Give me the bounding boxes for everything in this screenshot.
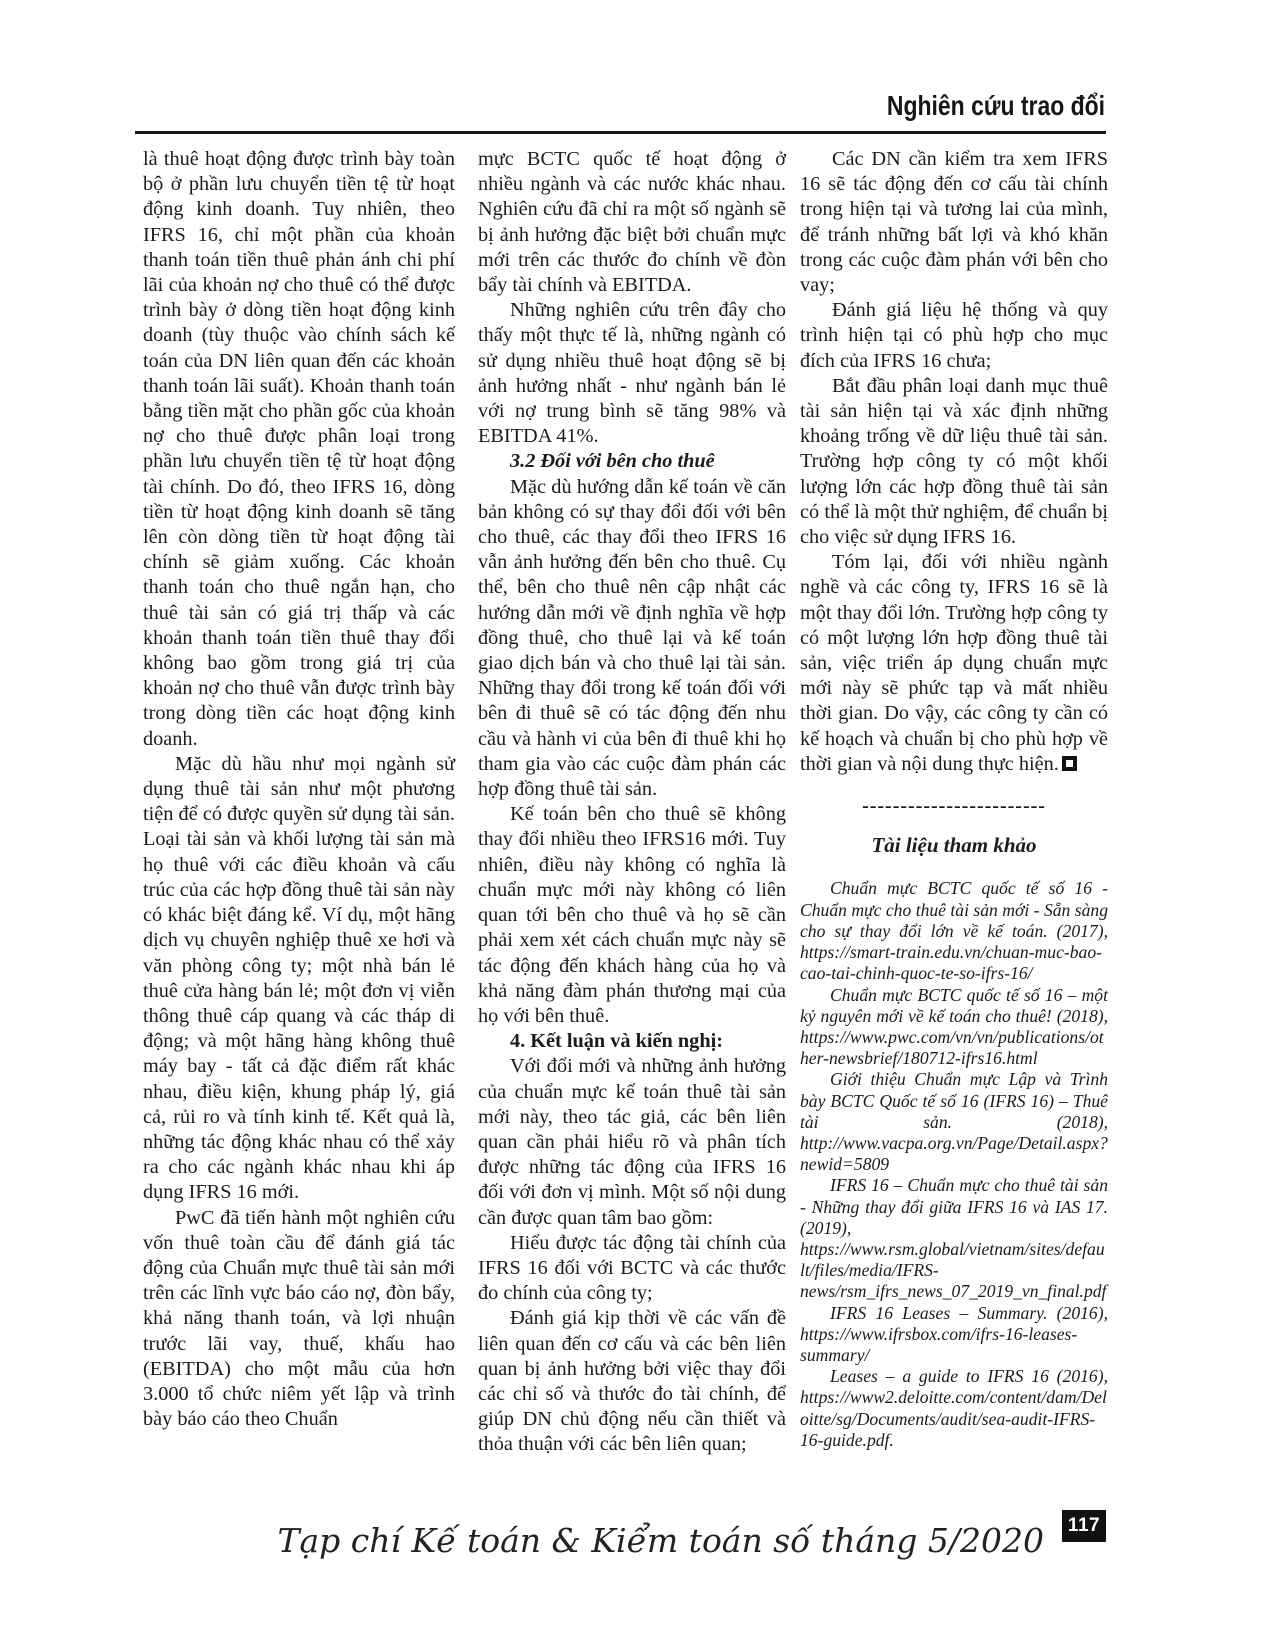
paragraph: Mặc dù hướng dẫn kế toán về căn bản khôn… (478, 475, 786, 803)
section-header-label: Nghiên cứu trao đổi (887, 90, 1105, 122)
paragraph: Tóm lại, đối với nhiều ngành nghề và các… (800, 550, 1108, 777)
page-number-badge: 117 (1062, 1510, 1106, 1542)
paragraph: Kế toán bên cho thuê sẽ không thay đổi n… (478, 802, 786, 1029)
text-column-1: là thuê hoạt động được trình bày toàn bộ… (143, 147, 455, 1432)
section-heading-3-2: 3.2 Đối với bên cho thuê (478, 449, 786, 474)
paragraph: Bắt đầu phân loại danh mục thuê tài sản … (800, 374, 1108, 550)
paragraph: Đánh giá kịp thời về các vấn đề liên qua… (478, 1306, 786, 1457)
references-list: Chuẩn mực BCTC quốc tế số 16 - Chuẩn mực… (800, 878, 1108, 1450)
paragraph: mực BCTC quốc tế hoạt động ở nhiều ngành… (478, 147, 786, 298)
text-column-3: Các DN cần kiểm tra xem IFRS 16 sẽ tác đ… (800, 147, 1108, 1451)
reference-item: Giới thiệu Chuẩn mực Lập và Trình bày BC… (800, 1069, 1108, 1175)
section-heading-4: 4. Kết luận và kiến nghị: (478, 1029, 786, 1054)
reference-item: IFRS 16 Leases – Summary. (2016), https:… (800, 1303, 1108, 1367)
paragraph: là thuê hoạt động được trình bày toàn bộ… (143, 147, 455, 752)
references-title: Tài liệu tham khảo (800, 833, 1108, 858)
dashed-separator: ------------------------ (800, 794, 1108, 819)
reference-item: IFRS 16 – Chuẩn mực cho thuê tài sản - N… (800, 1175, 1108, 1302)
paragraph: Đánh giá liệu hệ thống và quy trình hiện… (800, 298, 1108, 374)
article-end-square-icon (1062, 756, 1077, 771)
paragraph: Những nghiên cứu trên đây cho thấy một t… (478, 298, 786, 449)
reference-item: Chuẩn mực BCTC quốc tế số 16 – một kỷ ng… (800, 985, 1108, 1070)
paragraph: Hiểu được tác động tài chính của IFRS 16… (478, 1231, 786, 1307)
paragraph-text: Tóm lại, đối với nhiều ngành nghề và các… (800, 551, 1108, 775)
paragraph: PwC đã tiến hành một nghiên cứu vốn thuê… (143, 1206, 455, 1433)
paragraph: Mặc dù hầu như mọi ngành sử dụng thuê tà… (143, 752, 455, 1206)
reference-item: Chuẩn mực BCTC quốc tế số 16 - Chuẩn mực… (800, 878, 1108, 984)
paragraph: Với đổi mới và những ảnh hưởng của chuẩn… (478, 1054, 786, 1230)
reference-item: Leases – a guide to IFRS 16 (2016), http… (800, 1366, 1108, 1451)
journal-footer-title: Tạp chí Kế toán & Kiểm toán số tháng 5/2… (277, 1521, 1044, 1560)
paragraph: Các DN cần kiểm tra xem IFRS 16 sẽ tác đ… (800, 147, 1108, 298)
header-rule (135, 131, 1106, 134)
text-column-2: mực BCTC quốc tế hoạt động ở nhiều ngành… (478, 147, 786, 1458)
